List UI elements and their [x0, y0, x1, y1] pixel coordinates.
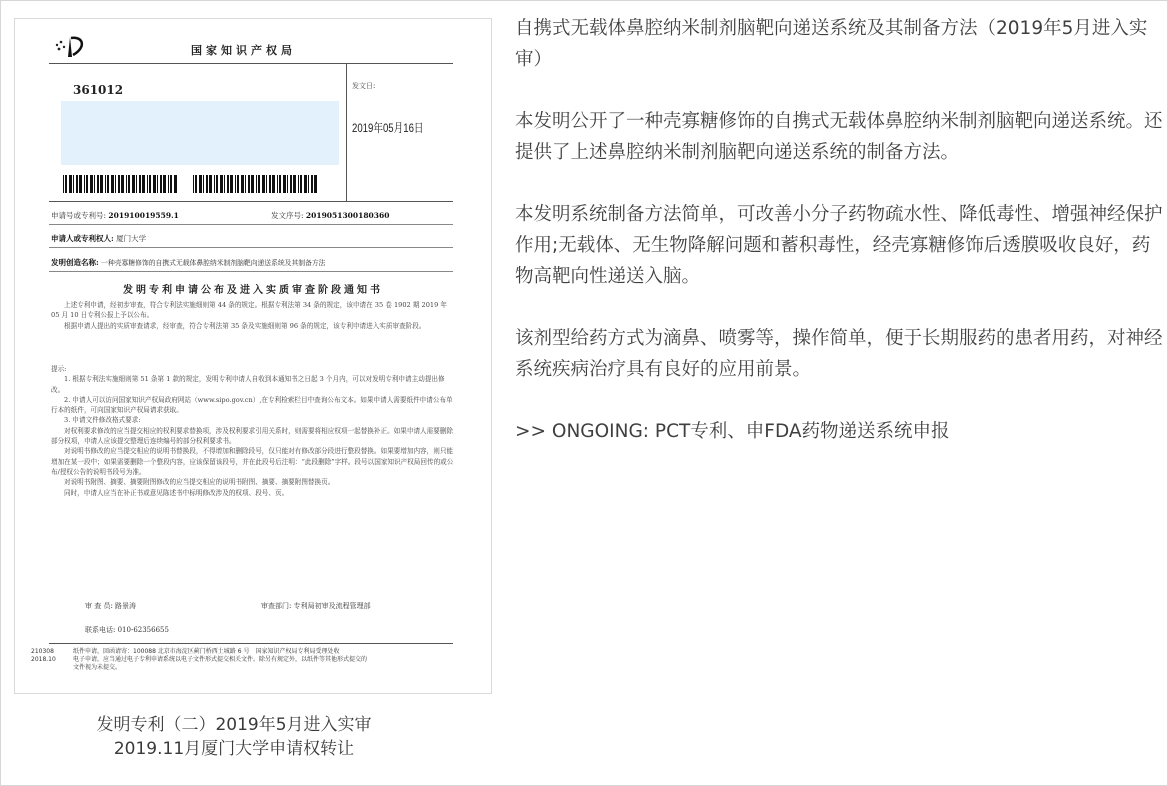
tip-item: 同时，申请人应当在补正书或意见陈述书中标明修改涉及的权项、段号、页。 [51, 488, 455, 498]
notice-body: 上述专利申请，经初步审查，符合专利法实施细则第 44 条的规定。根据专利法第 3… [51, 300, 455, 331]
description-column: 自携式无载体鼻腔纳米制剂脑靶向递送系统及其制备方法（2019年5月进入实审） 本… [515, 13, 1165, 478]
divider-vertical [346, 63, 347, 201]
department-row: 审查部门: 专利局初审及流程管理部 [261, 601, 371, 611]
divider [49, 271, 453, 272]
applicant-label: 申请人或专利权人: [51, 234, 114, 243]
divider [49, 643, 453, 644]
applicant-row: 申请人或专利权人: 厦门大学 [51, 233, 146, 244]
tip-item: 对权利要求修改的应当提交相应的权利要求替换项，涉及权利要求引用关系时，则需要将相… [51, 426, 455, 447]
barcode-icon [193, 175, 321, 193]
serial-no: 2019051300180360 [306, 211, 390, 220]
body-paragraph: 上述专利申请，经初步审查，符合专利法实施细则第 44 条的规定。根据专利法第 3… [51, 300, 455, 321]
description-advantages: 本发明系统制备方法简单，可改善小分子药物疏水性、降低毒性、增强神经保护作用;无载… [515, 199, 1165, 292]
divider [49, 201, 453, 202]
form-code: 210308 [31, 648, 56, 656]
barcode-icon [63, 175, 177, 193]
tip-item: 对说明书修改的应当提交相应的说明书替换段，不得增加和删除段号，仅只能对有修改部分… [51, 446, 455, 477]
department-label: 审查部门: [261, 602, 291, 610]
tip-item: 2. 申请人可以访问国家知识产权局政府网站（www.sipo.gov.cn）,在… [51, 395, 455, 416]
ongoing-status: >> ONGOING: PCT专利、申FDA药物递送系统申报 [515, 416, 1165, 447]
slide-frame: 国家知识产权局 361012 发文日: 2019年05月16日 申请号或专利号:… [0, 0, 1168, 786]
serial-no-label: 发文序号: [271, 211, 304, 220]
examiner-label: 审 查 员: [85, 602, 113, 610]
divider [49, 224, 453, 225]
footer-line: 文件视为未提交。 [73, 664, 463, 672]
image-caption: 发明专利（二）2019年5月进入实审 2019.11月厦门大学申请权转让 [14, 713, 454, 761]
description-summary: 本发明公开了一种壳寡糖修饰的自携式无载体鼻腔纳米制剂脑靶向递送系统。还提供了上述… [515, 106, 1165, 168]
body-paragraph: 根据申请人提出的实质审查请求，经审查，符合专利法第 35 条及实施细则第 96 … [51, 321, 455, 331]
description-application: 该剂型给药方式为滴鼻、喷雾等，操作简单，便于长期服药的患者用药，对神经系统疾病治… [515, 323, 1165, 385]
department: 专利局初审及流程管理部 [294, 602, 371, 610]
address-block-redacted [61, 101, 339, 165]
send-date-label: 发文日: [352, 81, 375, 91]
notice-title: 发明专利申请公布及进入实质审查阶段通知书 [15, 281, 491, 296]
application-no: 201910019559.1 [108, 211, 178, 220]
examiner: 路景涛 [115, 602, 136, 610]
serial-no-row: 发文序号: 2019051300180360 [271, 210, 389, 221]
tip-item: 3. 申请文件修改格式要求: [51, 415, 455, 425]
patent-notice-image: 国家知识产权局 361012 发文日: 2019年05月16日 申请号或专利号:… [14, 18, 492, 694]
phone-row: 联系电话: 010-62356655 [85, 625, 169, 635]
footer-line: 电子申请，应当通过电子专利申请系统以电子文件形式提交相关文件。除另有规定外，以纸… [73, 656, 463, 664]
caption-line: 发明专利（二）2019年5月进入实审 [14, 713, 454, 737]
tips-section: 提示: 1. 根据专利法实施细则第 51 条第 1 款的规定，发明专利申请人自收… [51, 364, 455, 498]
invention-name-row: 发明创造名称: 一种壳寡糖修饰的自携式无载体鼻腔纳米制剂脑靶向递送系统及其制备方… [51, 257, 325, 268]
tips-label: 提示: [51, 364, 455, 374]
send-date: 2019年05月16日 [352, 119, 424, 136]
agency-name: 国家知识产权局 [191, 42, 296, 58]
cnipa-logo-icon [53, 33, 93, 59]
footer-line: 纸件申请，回函请寄：100088 北京市海淀区蓟门桥西土城路 6 号 国家知识产… [73, 648, 463, 656]
phone-label: 联系电话: [85, 626, 115, 634]
divider [49, 247, 453, 248]
application-no-label: 申请号或专利号: [51, 211, 106, 220]
applicant: 厦门大学 [116, 234, 146, 243]
caption-line: 2019.11月厦门大学申请权转让 [14, 737, 454, 761]
tip-item: 1. 根据专利法实施细则第 51 条第 1 款的规定，发明专利申请人自收到本通知… [51, 374, 455, 395]
footer-codes: 210308 2018.10 [31, 648, 56, 664]
application-no-row: 申请号或专利号: 201910019559.1 [51, 210, 179, 221]
postcode: 361012 [73, 83, 123, 97]
tip-item: 对说明书附图、摘要、摘要附图修改的应当提交相应的说明书附图、摘要、摘要附图替换页… [51, 477, 455, 487]
phone: 010-62356655 [118, 626, 169, 634]
invention-name: 一种壳寡糖修饰的自携式无载体鼻腔纳米制剂脑靶向递送系统及其制备方法 [101, 259, 325, 267]
description-title: 自携式无载体鼻腔纳米制剂脑靶向递送系统及其制备方法（2019年5月进入实审） [515, 13, 1165, 75]
form-version: 2018.10 [31, 656, 56, 664]
footer-notes: 纸件申请，回函请寄：100088 北京市海淀区蓟门桥西土城路 6 号 国家知识产… [73, 648, 463, 672]
examiner-row: 审 查 员: 路景涛 [85, 601, 136, 611]
invention-name-label: 发明创造名称: [51, 258, 99, 267]
divider [49, 63, 453, 64]
